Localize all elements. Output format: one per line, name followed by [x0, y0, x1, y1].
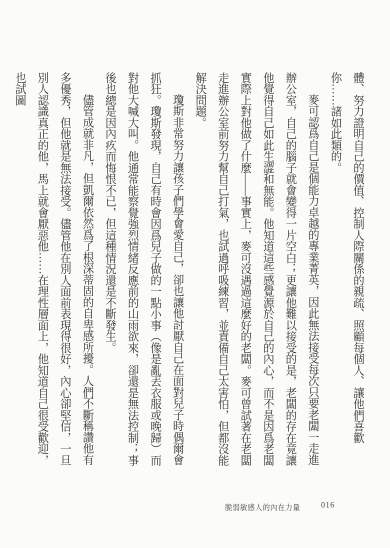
paragraph-kyle: 儘管成就非凡，但凱爾依然爲了根深蒂固的自卑感所擾。人們不斷稱讚他有多優秀，但他就… [8, 72, 98, 476]
book-page: 體、努力證明自己的價值、控制人際關係的親疏、照顧每個人、讓他們喜歡你……諸如此類… [0, 0, 390, 548]
page-number: 016 [321, 501, 335, 510]
running-footer-book-title: 脆弱敏感人的內在力量 [225, 501, 300, 512]
paragraph-jones: 瓊斯非常努力讓孩子們學會愛自己，卻也讓他討厭自己在面對兒子時偶爾會抓狂。瓊斯發現… [98, 72, 188, 476]
paragraph-michael: 麥可認爲自己是個能力卓越的專業菁英，因此無法接受每次只要老闆一走進辦公室，自己的… [189, 72, 324, 476]
paragraph-continuation: 體、努力證明自己的價值、控制人際關係的親疏、照顧每個人、讓他們喜歡你……諸如此類… [324, 72, 369, 476]
body-text: 體、努力證明自己的價值、控制人際關係的親疏、照顧每個人、讓他們喜歡你……諸如此類… [49, 72, 369, 476]
